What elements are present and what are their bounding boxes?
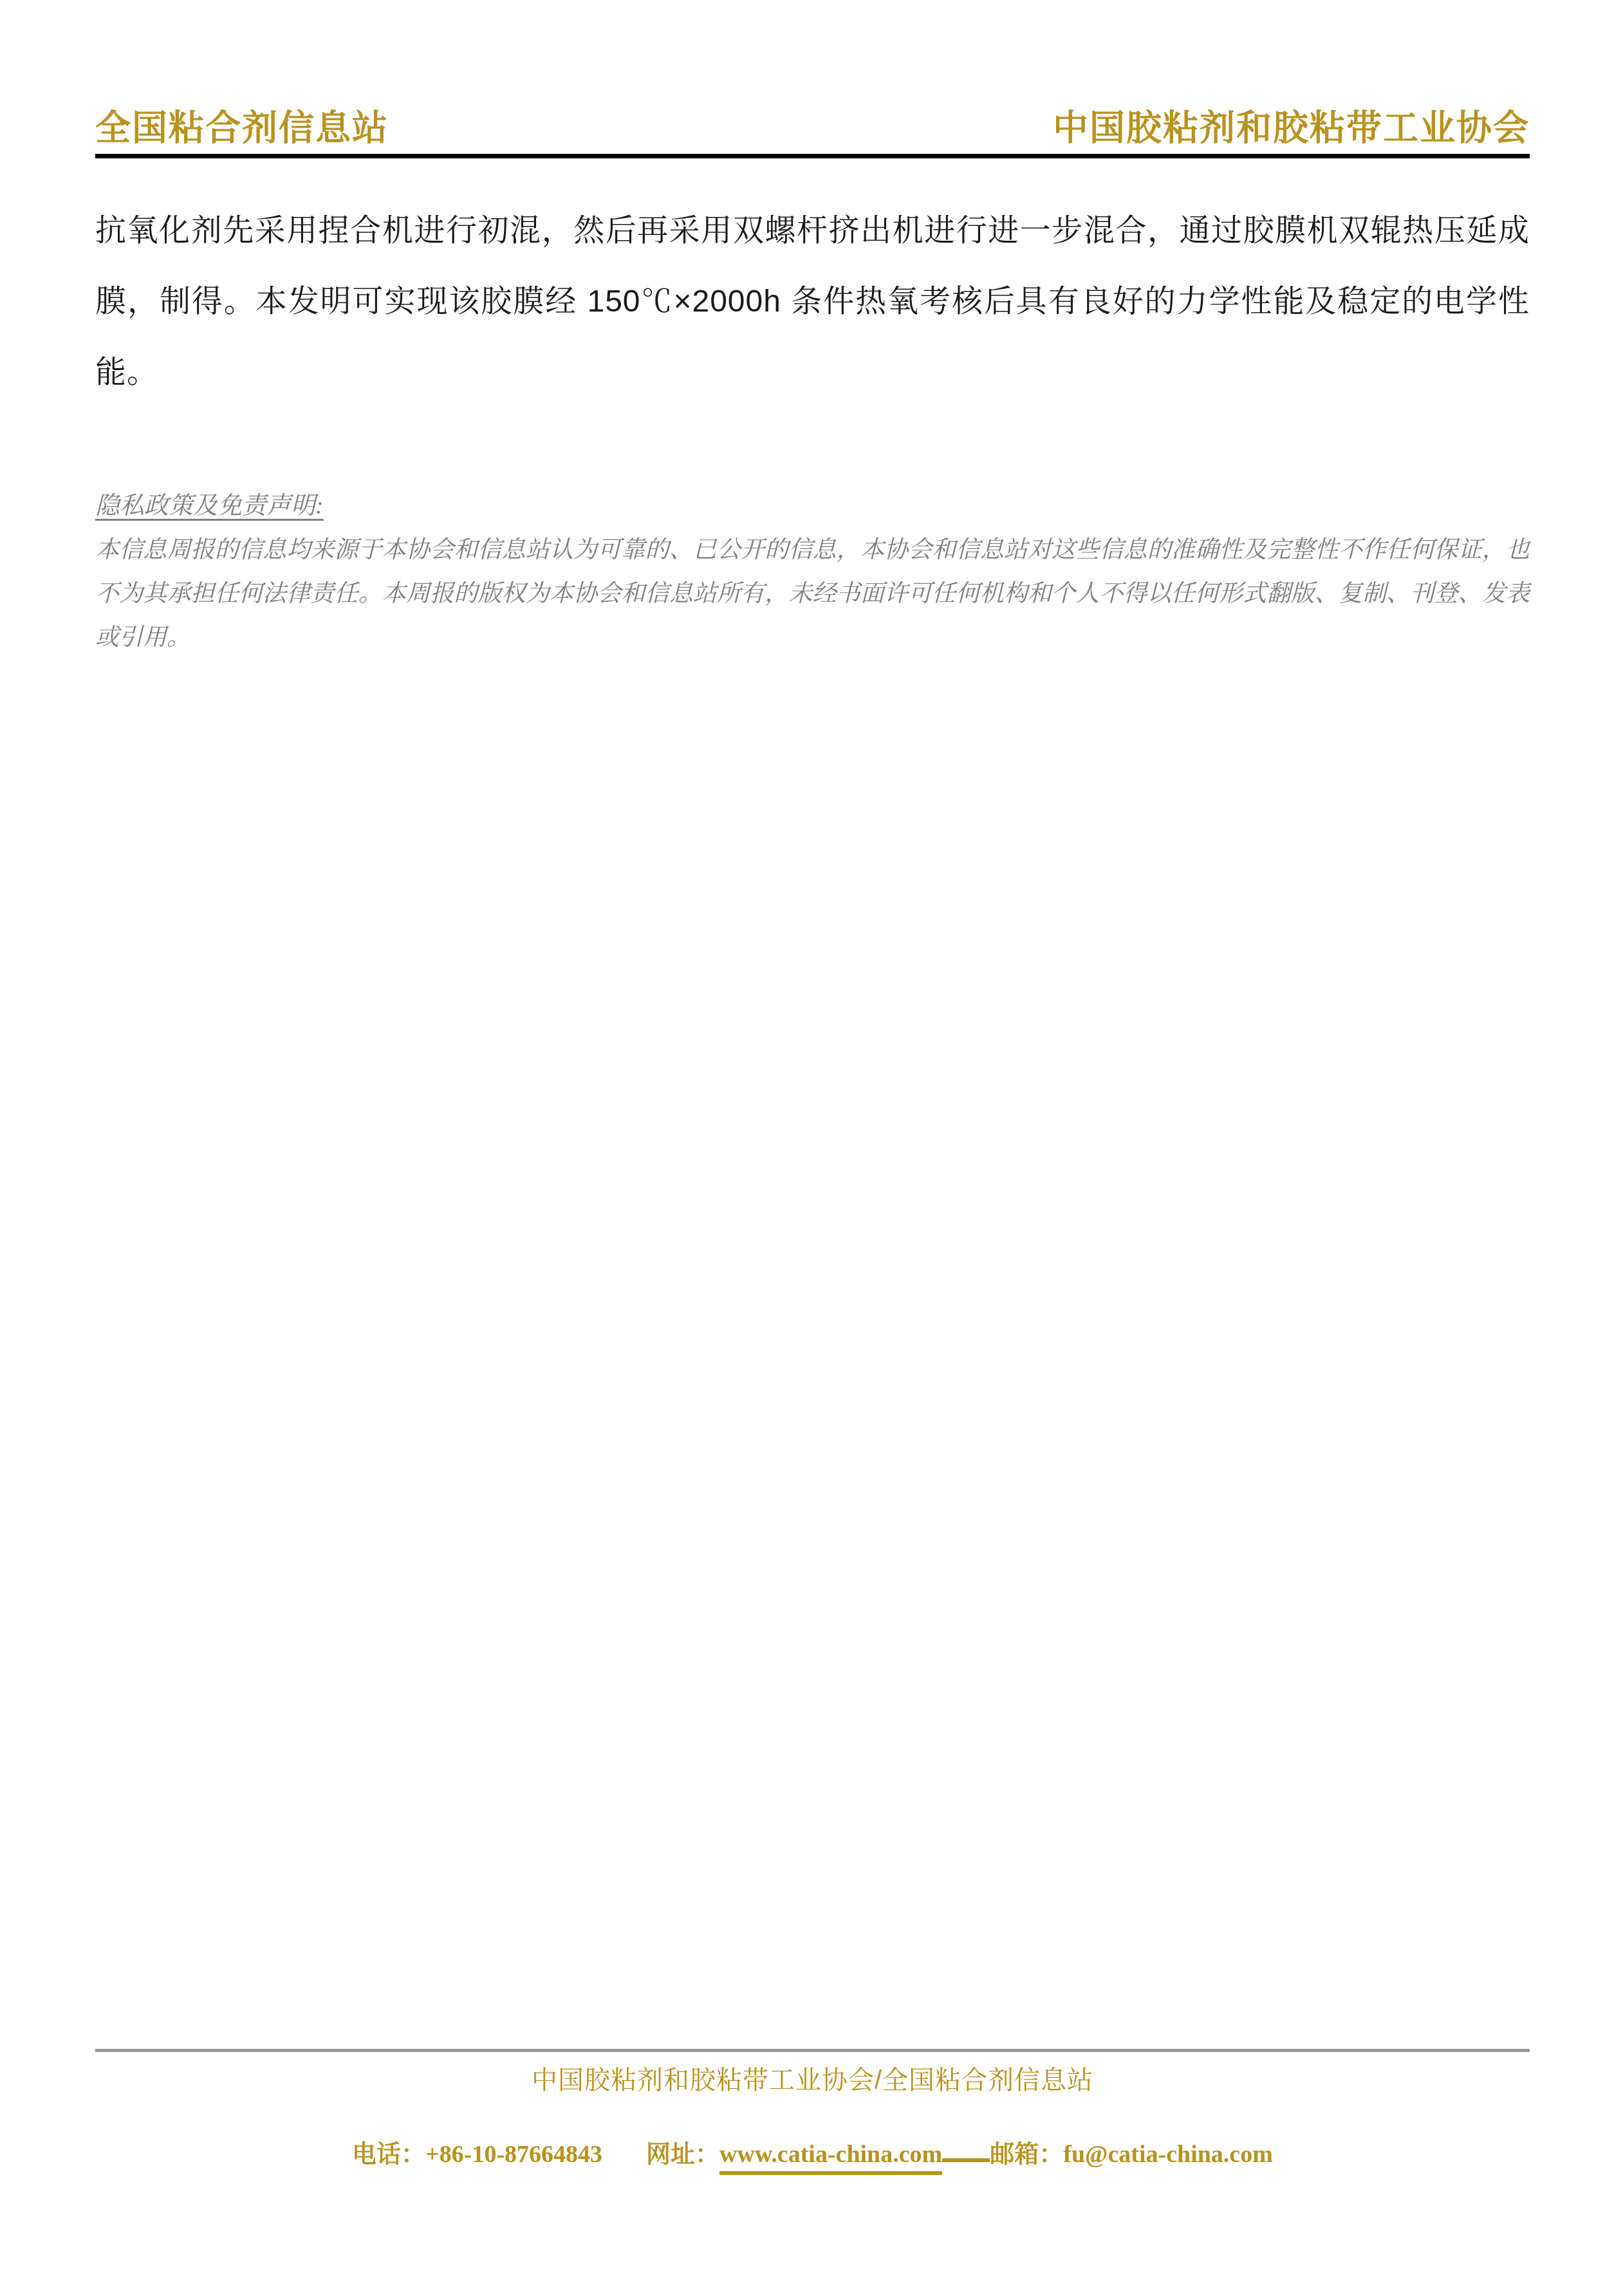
body-paragraph: 抗氧化剂先采用捏合机进行初混，然后再采用双螺杆挤出机进行进一步混合，通过胶膜机双… — [95, 196, 1530, 408]
phone-value: +86-10-87664843 — [425, 2140, 602, 2169]
footer-divider — [95, 2049, 1530, 2052]
phone-label: 电话： — [352, 2134, 425, 2169]
header-right-title: 中国胶粘剂和胶粘带工业协会 — [1053, 108, 1530, 147]
header-left-title: 全国粘合剂信息站 — [95, 108, 389, 147]
website-label: 网址： — [646, 2134, 719, 2169]
disclaimer-body: 本信息周报的信息均来源于本协会和信息站认为可靠的、已公开的信息，本协会和信息站对… — [95, 528, 1530, 660]
disclaimer-heading: 隐私政策及免责声明: — [95, 485, 324, 521]
website-underline-tab — [942, 2134, 990, 2162]
document-page: 全国粘合剂信息站 中国胶粘剂和胶粘带工业协会 抗氧化剂先采用捏合机进行初混，然后… — [0, 0, 1623, 2296]
email-label: 邮箱： — [990, 2134, 1063, 2169]
website-link[interactable]: www.catia-china.com — [719, 2140, 942, 2175]
page-footer: 中国胶粘剂和胶粘带工业协会/全国粘合剂信息站 电话： +86-10-876648… — [95, 2049, 1530, 2175]
page-header: 全国粘合剂信息站 中国胶粘剂和胶粘带工业协会 — [95, 0, 1530, 147]
header-divider — [95, 154, 1530, 158]
disclaimer-section: 隐私政策及免责声明: 本信息周报的信息均来源于本协会和信息站认为可靠的、已公开的… — [95, 485, 1530, 660]
email-value: fu@catia-china.com — [1063, 2140, 1273, 2169]
footer-contact-line: 电话： +86-10-87664843 网址： www.catia-china.… — [95, 2134, 1530, 2175]
footer-org-line: 中国胶粘剂和胶粘带工业协会/全国粘合剂信息站 — [95, 2060, 1530, 2096]
